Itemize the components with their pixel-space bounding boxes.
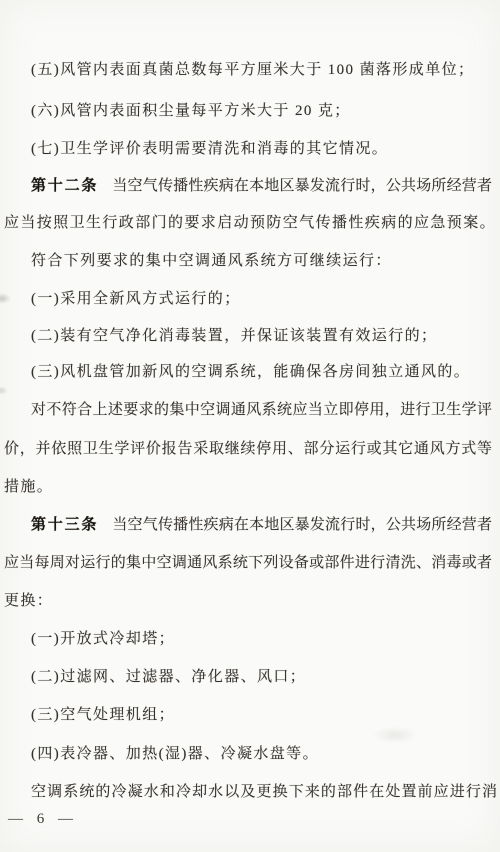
para-noncompliant-line-1: 对不符合上述要求的集中空调通风系统应当立即停用，进行卫生学评 (31, 400, 492, 420)
article-13-line-2: 应当每周对运行的集中空调通风系统下列设备或部件进行清洗、消毒或者 (4, 553, 492, 573)
equipment-item-1: (一)开放式冷却塔； (31, 629, 175, 649)
article-12-number: 第十二条 (31, 178, 98, 194)
article-13-number: 第十三条 (31, 517, 98, 533)
equipment-item-4: (四)表冷器、加热(湿)器、冷凝水盘等。 (31, 744, 319, 764)
equipment-item-2: (二)过滤网、过滤器、净化器、风口； (31, 667, 306, 687)
equipment-item-3: (三)空气处理机组； (31, 705, 175, 725)
page-number: — 6 — (8, 811, 78, 828)
para-continue-conditions: 符合下列要求的集中空调通风系统方可继续运行： (31, 251, 392, 271)
scan-smudge (0, 293, 11, 304)
article-12-line-2: 应当按照卫生行政部门的要求启动预防空气传播性疾病的应急预案。 (4, 213, 496, 233)
scan-smudge (0, 386, 8, 395)
article-13-line-1: 第十三条当空气传播性疾病在本地区暴发流行时，公共场所经营者 (31, 515, 492, 535)
article-12-text: 当空气传播性疾病在本地区暴发流行时，公共场所经营者 (112, 178, 492, 194)
condition-item-3: (三)风机盘管加新风的空调系统，能确保各房间独立通风的。 (31, 362, 470, 382)
article-12-line-1: 第十二条当空气传播性疾病在本地区暴发流行时，公共场所经营者 (31, 176, 492, 196)
para-noncompliant-line-2: 价，并依照卫生学评价报告采取继续停用、部分运行或其它通风方式等 (4, 439, 492, 459)
clause-item-7: (七)卫生学评价表明需要清洗和消毒的其它情况。 (31, 139, 388, 159)
article-13-line-3: 更换： (4, 591, 53, 611)
para-noncompliant-line-3: 措施。 (4, 477, 53, 497)
condition-item-2: (二)装有空气净化消毒装置，并保证该装置有效运行的； (31, 326, 437, 346)
condition-item-1: (一)采用全新风方式运行的； (31, 289, 241, 309)
para-condensate-line-1: 空调系统的冷凝水和冷却水以及更换下来的部件在处置前应进行消 (31, 782, 497, 802)
clause-item-5: (五)风管内表面真菌总数每平方厘米大于 100 菌落形成单位； (31, 60, 474, 80)
article-13-text: 当空气传播性疾病在本地区暴发流行时，公共场所经营者 (112, 517, 492, 533)
clause-item-6: (六)风管内表面积尘量每平方米大于 20 克； (31, 101, 351, 121)
scan-smudge (372, 726, 418, 744)
scanned-document-page: (五)风管内表面真菌总数每平方厘米大于 100 菌落形成单位； (六)风管内表面… (0, 0, 500, 852)
